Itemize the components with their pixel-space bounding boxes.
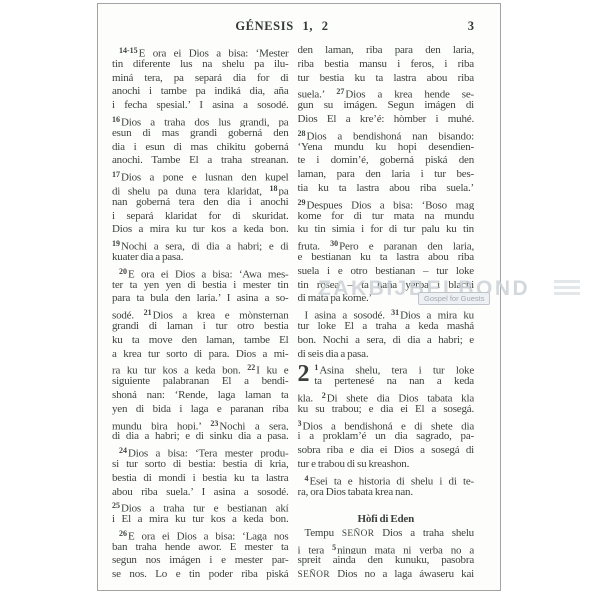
page-number: 3 bbox=[468, 19, 474, 34]
text-line: laman, para den laria i tur bes- bbox=[298, 168, 475, 182]
text-line: kuater dia a pasa. bbox=[112, 251, 289, 265]
text-line: di dia a habri; e di sinku dia a pasa. bbox=[112, 430, 289, 444]
watermark-logo-mark bbox=[554, 280, 580, 295]
text-line: nan goberná tera den dia i anochi bbox=[112, 196, 289, 210]
text-line: 29Despues Dios a bisa: ‘Boso mag bbox=[298, 196, 475, 210]
text-line: i tera 5ningun mata ni yerba no a bbox=[298, 541, 475, 555]
text-line: Dios El a kre’é: hòmber i muhé. bbox=[298, 113, 475, 127]
text-line: 26E ora ei Dios a bisa: ‘Laga nos bbox=[112, 527, 289, 541]
text-line: Tempu SEÑOR Dios a traha shelu bbox=[298, 527, 475, 541]
text-line: riba bestia mansu i feros, i riba bbox=[298, 58, 475, 72]
right-column: den laman, riba para den laria,riba best… bbox=[298, 44, 475, 582]
chapter-dropcap: 2 bbox=[298, 362, 310, 386]
text-line: 17Dios a pone e lusnan den kupel bbox=[112, 168, 289, 182]
text-line: i a proklam’é un dia sagrado, pa- bbox=[298, 430, 475, 444]
text-line: tin diferente lus na shelu pa ilu- bbox=[112, 58, 289, 72]
text-line: esun di mas grandi goberná den bbox=[112, 127, 289, 141]
text-line: 20E ora ei Dios a bisa: ‘Awa mes- bbox=[112, 265, 289, 279]
verse-number: 20 bbox=[119, 267, 128, 276]
text-line: te i domin’é, goberná piská den bbox=[298, 154, 475, 168]
small-caps-word: SEÑOR bbox=[298, 570, 330, 580]
text-line: grandi di laman i tur otro bestia bbox=[112, 320, 289, 334]
verse-number: 17 bbox=[112, 170, 121, 179]
text-line: sobra riba e dia ei Dios a sosegá di bbox=[298, 444, 475, 458]
verse-number: 2 bbox=[322, 391, 327, 400]
text-line: ta pertenesé na nan a keda bbox=[314, 375, 474, 389]
text-line: yen di bida i laga e paranan riba bbox=[112, 403, 289, 417]
text-line: 25Dios a traha tur e bestianan akí bbox=[112, 499, 289, 513]
blank-line bbox=[298, 499, 475, 513]
verse-number: 14-15 bbox=[119, 46, 139, 55]
text-line: para ta bula den laria.’ I asina a so- bbox=[112, 292, 289, 306]
text-line: ‘Yena mundu ku hopi desendien- bbox=[298, 141, 475, 155]
text-columns: 14-15E ora ei Dios a bisa: ‘Mestertin di… bbox=[112, 44, 474, 582]
verse-number: 30 bbox=[330, 239, 339, 248]
text-line: ku ta move den laman, tambe El bbox=[112, 334, 289, 348]
text-line: I asina a sosodé. 31Dios a mira ku bbox=[298, 306, 475, 320]
text-line: Dios a mira ku tur kos a keda bon. bbox=[112, 223, 289, 237]
text-line: ku tin simia i for di tur palu ku tin bbox=[298, 223, 475, 237]
text-line: se nos. Lo e tin poder riba piská bbox=[112, 568, 289, 582]
text-line: abou riba suela.’ I asina a sosodé. bbox=[112, 486, 289, 500]
text-line: 3Dios a bendishoná e di shete dia bbox=[298, 417, 475, 431]
text-line: fruta. 30Pero e paranan den laria, bbox=[298, 237, 475, 251]
text-line: si tur sorto di bestia: bestia di kria, bbox=[112, 458, 289, 472]
verse-number: 21 bbox=[144, 308, 153, 317]
text-line: i separá klaridat for di skuridat. bbox=[112, 210, 289, 224]
text-line: bon. Nochi a sera, di dia a habri; e bbox=[298, 334, 475, 348]
verse-number: 28 bbox=[298, 129, 307, 138]
verse-number: 4 bbox=[305, 474, 310, 483]
chapter-start: 21Asina shelu, tera i tur loketa pertene… bbox=[298, 361, 475, 389]
verse-number: 26 bbox=[119, 529, 128, 538]
text-line: 24Dios a bisa: ‘Tera mester produ- bbox=[112, 444, 289, 458]
text-line: 28Dios a bendishoná nan bisando: bbox=[298, 127, 475, 141]
text-line: tin rosea – ta haña yerba i blachi bbox=[298, 279, 475, 293]
text-line: di mata pa kome.’ bbox=[298, 292, 475, 306]
verse-number: 3 bbox=[298, 419, 303, 428]
text-line: bestia di mondi i bestia ku ta lastra bbox=[112, 472, 289, 486]
text-line: di seis dia a pasa. bbox=[298, 348, 475, 362]
text-line: ra ku tur kos a keda bon. 22I ku e bbox=[112, 361, 289, 375]
bible-page-photo: GÉNESIS 1, 2 3 14-15E ora ei Dios a bisa… bbox=[97, 3, 501, 591]
text-line: suela i e otro bestianan – tur loke bbox=[298, 265, 475, 279]
text-line: sodé. 21Dios a krea e mònsternan bbox=[112, 306, 289, 320]
text-line: a krea tur sorto di para. Dios a mi- bbox=[112, 348, 289, 362]
text-line: ra, ora Dios tabata krea nan. bbox=[298, 486, 475, 500]
verse-number: 1 bbox=[314, 363, 319, 372]
verse-number: 18 bbox=[270, 184, 279, 193]
text-line: kome for di tur mata na mundu bbox=[298, 210, 475, 224]
verse-number: 27 bbox=[336, 87, 345, 96]
verse-number: 23 bbox=[210, 419, 219, 428]
verse-number: 25 bbox=[112, 501, 121, 510]
small-caps-word: SEÑOR bbox=[342, 529, 374, 539]
text-line: 16Dios a traha dos lus grandi, pa bbox=[112, 113, 289, 127]
verse-number: 22 bbox=[247, 363, 256, 372]
text-line: 19Nochi a sera, di dia a habri; e di bbox=[112, 237, 289, 251]
verse-number: 29 bbox=[298, 198, 307, 207]
text-line: mundu bira hopi.’ 23Nochi a sera, bbox=[112, 417, 289, 431]
text-line: kla. 2Di shete dia Dios tabata kla bbox=[298, 389, 475, 403]
text-line: tur loke El a traha a keda mashá bbox=[298, 320, 475, 334]
text-line: i El a mira ku tur kos a keda bon. bbox=[112, 513, 289, 527]
verse-number: 19 bbox=[112, 239, 121, 248]
left-column: 14-15E ora ei Dios a bisa: ‘Mestertin di… bbox=[112, 44, 289, 582]
text-line: 4Esei ta e historia di shelu i di te- bbox=[298, 472, 475, 486]
text-line: den laman, riba para den laria, bbox=[298, 44, 475, 58]
text-line: shoná nan: ‘Rende, laga laman ta bbox=[112, 389, 289, 403]
text-line: 14-15E ora ei Dios a bisa: ‘Mester bbox=[112, 44, 289, 58]
text-line: tur e trabou di su kreashon. bbox=[298, 458, 475, 472]
text-line: di shelu pa duna tera klaridat, 18pa bbox=[112, 182, 289, 196]
text-line: segun nos imágen i e mester par- bbox=[112, 554, 289, 568]
text-line: tia ku ta lastra abou riba suela.’ bbox=[298, 182, 475, 196]
verse-number: 5 bbox=[332, 543, 337, 552]
verse-number: 24 bbox=[119, 446, 128, 455]
text-line: e bestianan ku ta lastra abou riba bbox=[298, 251, 475, 265]
text-line: spreit ainda den kunuku, pasobra bbox=[298, 554, 475, 568]
text-line: tur bestia ku ta lastra abou riba bbox=[298, 72, 475, 86]
text-line: 1Asina shelu, tera i tur loke bbox=[314, 361, 474, 375]
text-line: miná tera, pa separá dia for di bbox=[112, 72, 289, 86]
running-head: GÉNESIS 1, 2 3 bbox=[112, 19, 474, 35]
text-line: ter ta yen yen di bestia i mester tin bbox=[112, 279, 289, 293]
text-line: anochi. Tambe El a traha streanan. bbox=[112, 154, 289, 168]
running-head-title: GÉNESIS 1, 2 bbox=[112, 19, 452, 34]
verse-number: 16 bbox=[112, 115, 121, 124]
section-heading: Hòfi di Eden bbox=[298, 513, 475, 527]
verse-number: 31 bbox=[391, 308, 400, 317]
text-line: gun su imágen. Segun imágen di bbox=[298, 99, 475, 113]
text-line: i fecha spesial.’ I asina a sosodé. bbox=[112, 99, 289, 113]
text-line: SEÑOR Dios no a laga áwaseru kai bbox=[298, 568, 475, 582]
text-line: ban traha hende awor. E mester ta bbox=[112, 541, 289, 555]
text-line: suela.’ 27Dios a krea hende se- bbox=[298, 85, 475, 99]
text-line: dia i esun di mas chikitu goberná bbox=[112, 141, 289, 155]
text-line: anochi i tambe pa indiká dia, aña bbox=[112, 85, 289, 99]
text-line: siguiente palabranan El a bendi- bbox=[112, 375, 289, 389]
text-line: ku su trabou; e dia ei El a sosegá. bbox=[298, 403, 475, 417]
